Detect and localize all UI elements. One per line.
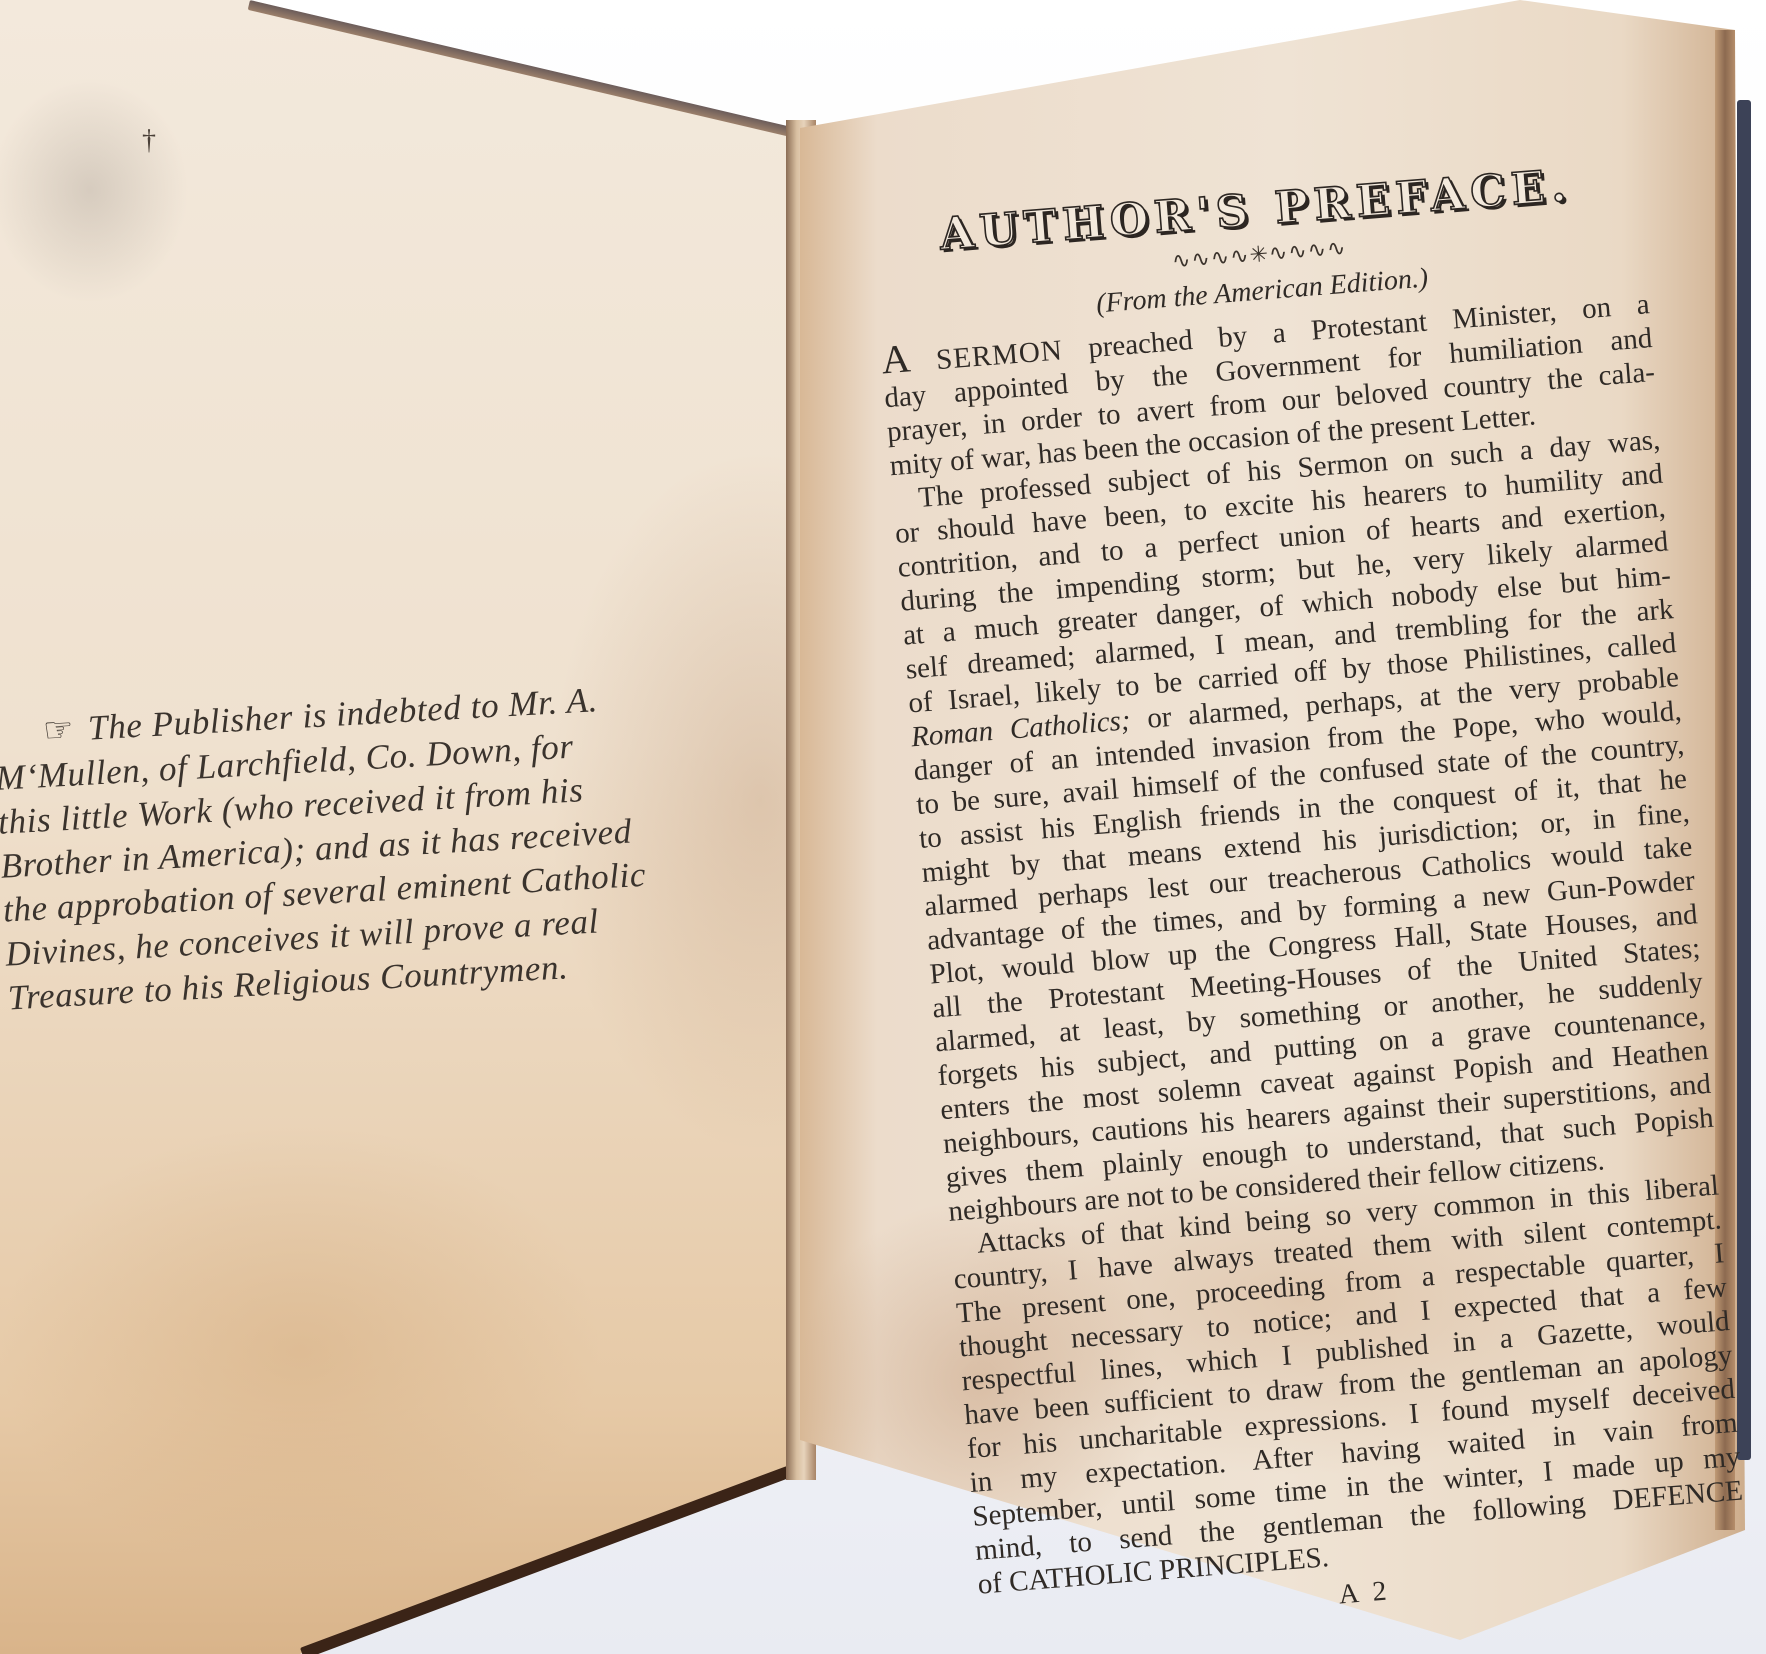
preface-body: A SERMON preached by a Protestant Minist… — [880, 283, 1747, 1602]
left-page-mark: † — [142, 125, 156, 157]
pointing-hand-icon: ☞ — [42, 711, 75, 750]
book-cover-edge — [1737, 100, 1751, 1460]
publisher-note: ☞The Publisher is indebted to Mr. A. M‘M… — [0, 668, 798, 1021]
book-photo: † ☞The Publisher is indebted to Mr. A. M… — [0, 0, 1766, 1654]
preface-text: AUTHOR'S PREFACE. ∿∿∿∿✳∿∿∿∿ (From the Am… — [870, 155, 1750, 1640]
